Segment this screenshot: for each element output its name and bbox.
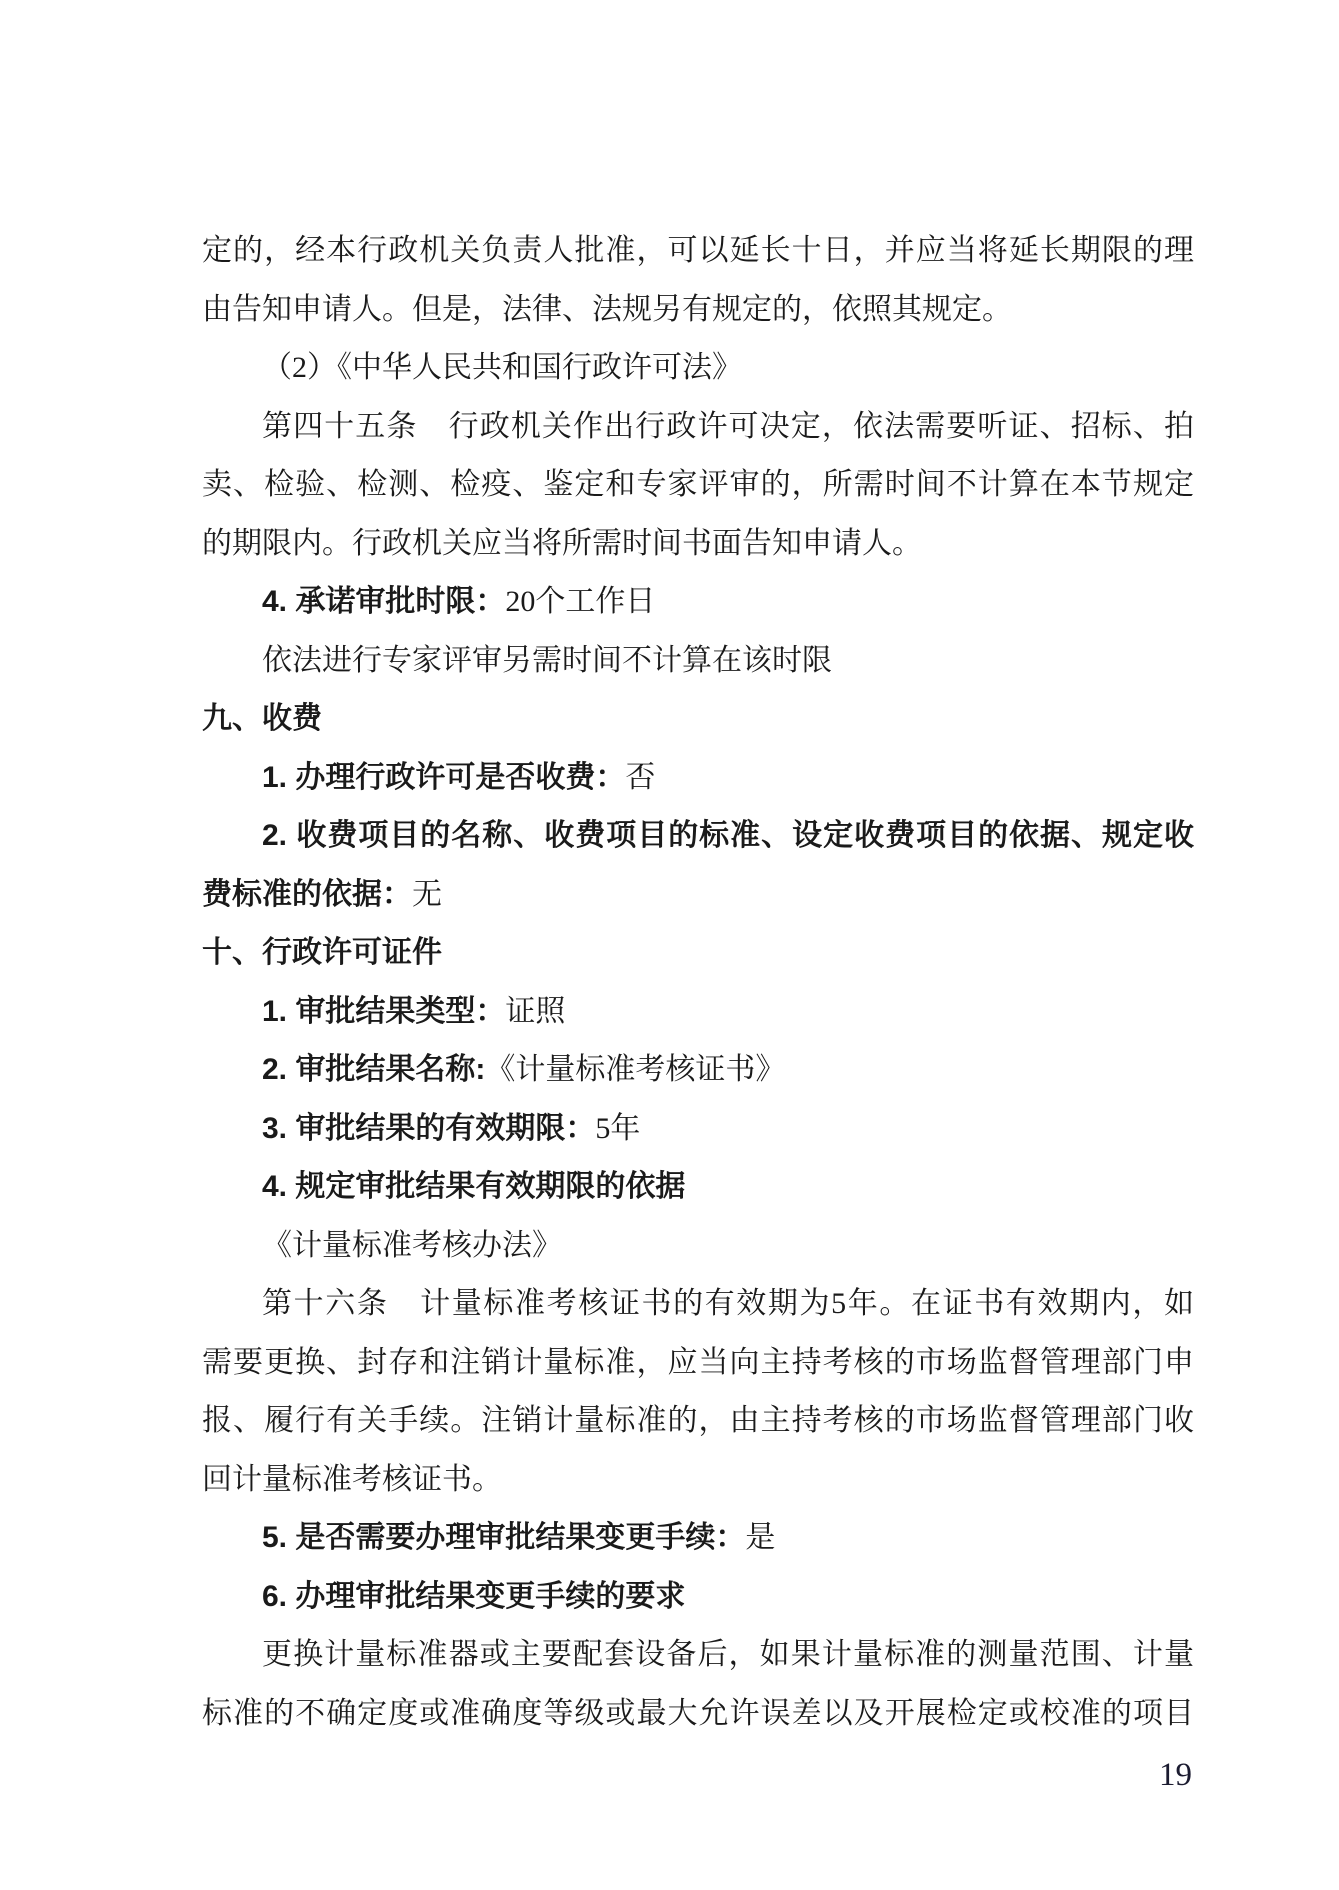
text-segment: 否 <box>625 761 655 794</box>
text-segment: 是 <box>745 1521 775 1554</box>
text-line: （2）《中华人民共和国行政许可法》 <box>202 339 1194 398</box>
text-segment: 依法进行专家评审另需时间不计算在该时限 <box>262 644 832 677</box>
text-line: 1. 办理行政许可是否收费：否 <box>202 749 1194 808</box>
text-segment: 《计量标准考核办法》 <box>262 1229 562 1262</box>
text-line: 费标准的依据：无 <box>202 866 1194 925</box>
text-segment: 20个工作日 <box>505 585 655 618</box>
text-line: 需要更换、封存和注销计量标准，应当向主持考核的市场监督管理部门申 <box>202 1334 1194 1393</box>
text-line: 2. 审批结果名称:《计量标准考核证书》 <box>202 1041 1194 1100</box>
text-segment: 1. 办理行政许可是否收费： <box>262 761 625 794</box>
text-segment: 第四十五条 行政机关作出行政许可决定，依法需要听证、招标、拍 <box>262 410 1194 443</box>
text-line: 《计量标准考核办法》 <box>202 1217 1194 1276</box>
text-segment: 费标准的依据： <box>202 878 412 911</box>
text-segment: 回计量标准考核证书。 <box>202 1463 502 1496</box>
text-line: 第四十五条 行政机关作出行政许可决定，依法需要听证、招标、拍 <box>202 398 1194 457</box>
text-line: 4. 规定审批结果有效期限的依据 <box>202 1158 1194 1217</box>
text-segment: 第十六条 计量标准考核证书的有效期为5年。在证书有效期内，如 <box>262 1287 1194 1320</box>
text-segment: 卖、检验、检测、检疫、鉴定和专家评审的，所需时间不计算在本节规定 <box>202 468 1194 501</box>
text-line: 卖、检验、检测、检疫、鉴定和专家评审的，所需时间不计算在本节规定 <box>202 456 1194 515</box>
text-line: 九、收费 <box>202 690 1194 749</box>
text-segment: 定的，经本行政机关负责人批准，可以延长十日，并应当将延长期限的理 <box>202 234 1194 267</box>
text-line: 5. 是否需要办理审批结果变更手续：是 <box>202 1509 1194 1568</box>
text-segment: 证照 <box>505 995 565 1028</box>
text-segment: 4. 承诺审批时限： <box>262 585 505 618</box>
text-line: 6. 办理审批结果变更手续的要求 <box>202 1568 1194 1627</box>
text-segment: 由告知申请人。但是，法律、法规另有规定的，依照其规定。 <box>202 293 1012 326</box>
text-line: 2. 收费项目的名称、收费项目的标准、设定收费项目的依据、规定收 <box>202 807 1194 866</box>
text-segment: 无 <box>412 878 442 911</box>
text-line: 依法进行专家评审另需时间不计算在该时限 <box>202 632 1194 691</box>
text-segment: （2）《中华人民共和国行政许可法》 <box>262 351 742 384</box>
text-line: 标准的不确定度或准确度等级或最大允许误差以及开展检定或校准的项目 <box>202 1685 1194 1744</box>
text-segment: 十、行政许可证件 <box>202 936 442 969</box>
text-segment: 4. 规定审批结果有效期限的依据 <box>262 1170 685 1203</box>
document-body: 定的，经本行政机关负责人批准，可以延长十日，并应当将延长期限的理由告知申请人。但… <box>202 222 1194 1743</box>
text-segment: 标准的不确定度或准确度等级或最大允许误差以及开展检定或校准的项目 <box>202 1697 1194 1730</box>
text-segment: 报、履行有关手续。注销计量标准的，由主持考核的市场监督管理部门收 <box>202 1404 1194 1437</box>
text-segment: 的期限内。行政机关应当将所需时间书面告知申请人。 <box>202 527 922 560</box>
document-page: 定的，经本行政机关负责人批准，可以延长十日，并应当将延长期限的理由告知申请人。但… <box>0 0 1339 1890</box>
text-line: 4. 承诺审批时限：20个工作日 <box>202 573 1194 632</box>
text-line: 报、履行有关手续。注销计量标准的，由主持考核的市场监督管理部门收 <box>202 1392 1194 1451</box>
text-line: 定的，经本行政机关负责人批准，可以延长十日，并应当将延长期限的理 <box>202 222 1194 281</box>
text-segment: 5年 <box>595 1112 640 1145</box>
text-line: 的期限内。行政机关应当将所需时间书面告知申请人。 <box>202 515 1194 574</box>
text-segment: 《计量标准考核证书》 <box>485 1053 785 1086</box>
text-segment: 需要更换、封存和注销计量标准，应当向主持考核的市场监督管理部门申 <box>202 1346 1194 1379</box>
text-segment: 九、收费 <box>202 702 322 735</box>
text-line: 由告知申请人。但是，法律、法规另有规定的，依照其规定。 <box>202 281 1194 340</box>
text-line: 更换计量标准器或主要配套设备后，如果计量标准的测量范围、计量 <box>202 1626 1194 1685</box>
text-line: 第十六条 计量标准考核证书的有效期为5年。在证书有效期内，如 <box>202 1275 1194 1334</box>
text-segment: 2. 收费项目的名称、收费项目的标准、设定收费项目的依据、规定收 <box>262 819 1194 852</box>
text-line: 1. 审批结果类型：证照 <box>202 983 1194 1042</box>
text-segment: 1. 审批结果类型： <box>262 995 505 1028</box>
text-line: 回计量标准考核证书。 <box>202 1451 1194 1510</box>
text-segment: 5. 是否需要办理审批结果变更手续： <box>262 1521 745 1554</box>
text-segment: 6. 办理审批结果变更手续的要求 <box>262 1580 685 1613</box>
text-segment: 2. 审批结果名称: <box>262 1053 485 1086</box>
text-segment: 3. 审批结果的有效期限： <box>262 1112 595 1145</box>
text-segment: 更换计量标准器或主要配套设备后，如果计量标准的测量范围、计量 <box>262 1638 1194 1671</box>
text-line: 3. 审批结果的有效期限：5年 <box>202 1100 1194 1159</box>
page-number: 19 <box>1159 1756 1192 1796</box>
text-line: 十、行政许可证件 <box>202 924 1194 983</box>
